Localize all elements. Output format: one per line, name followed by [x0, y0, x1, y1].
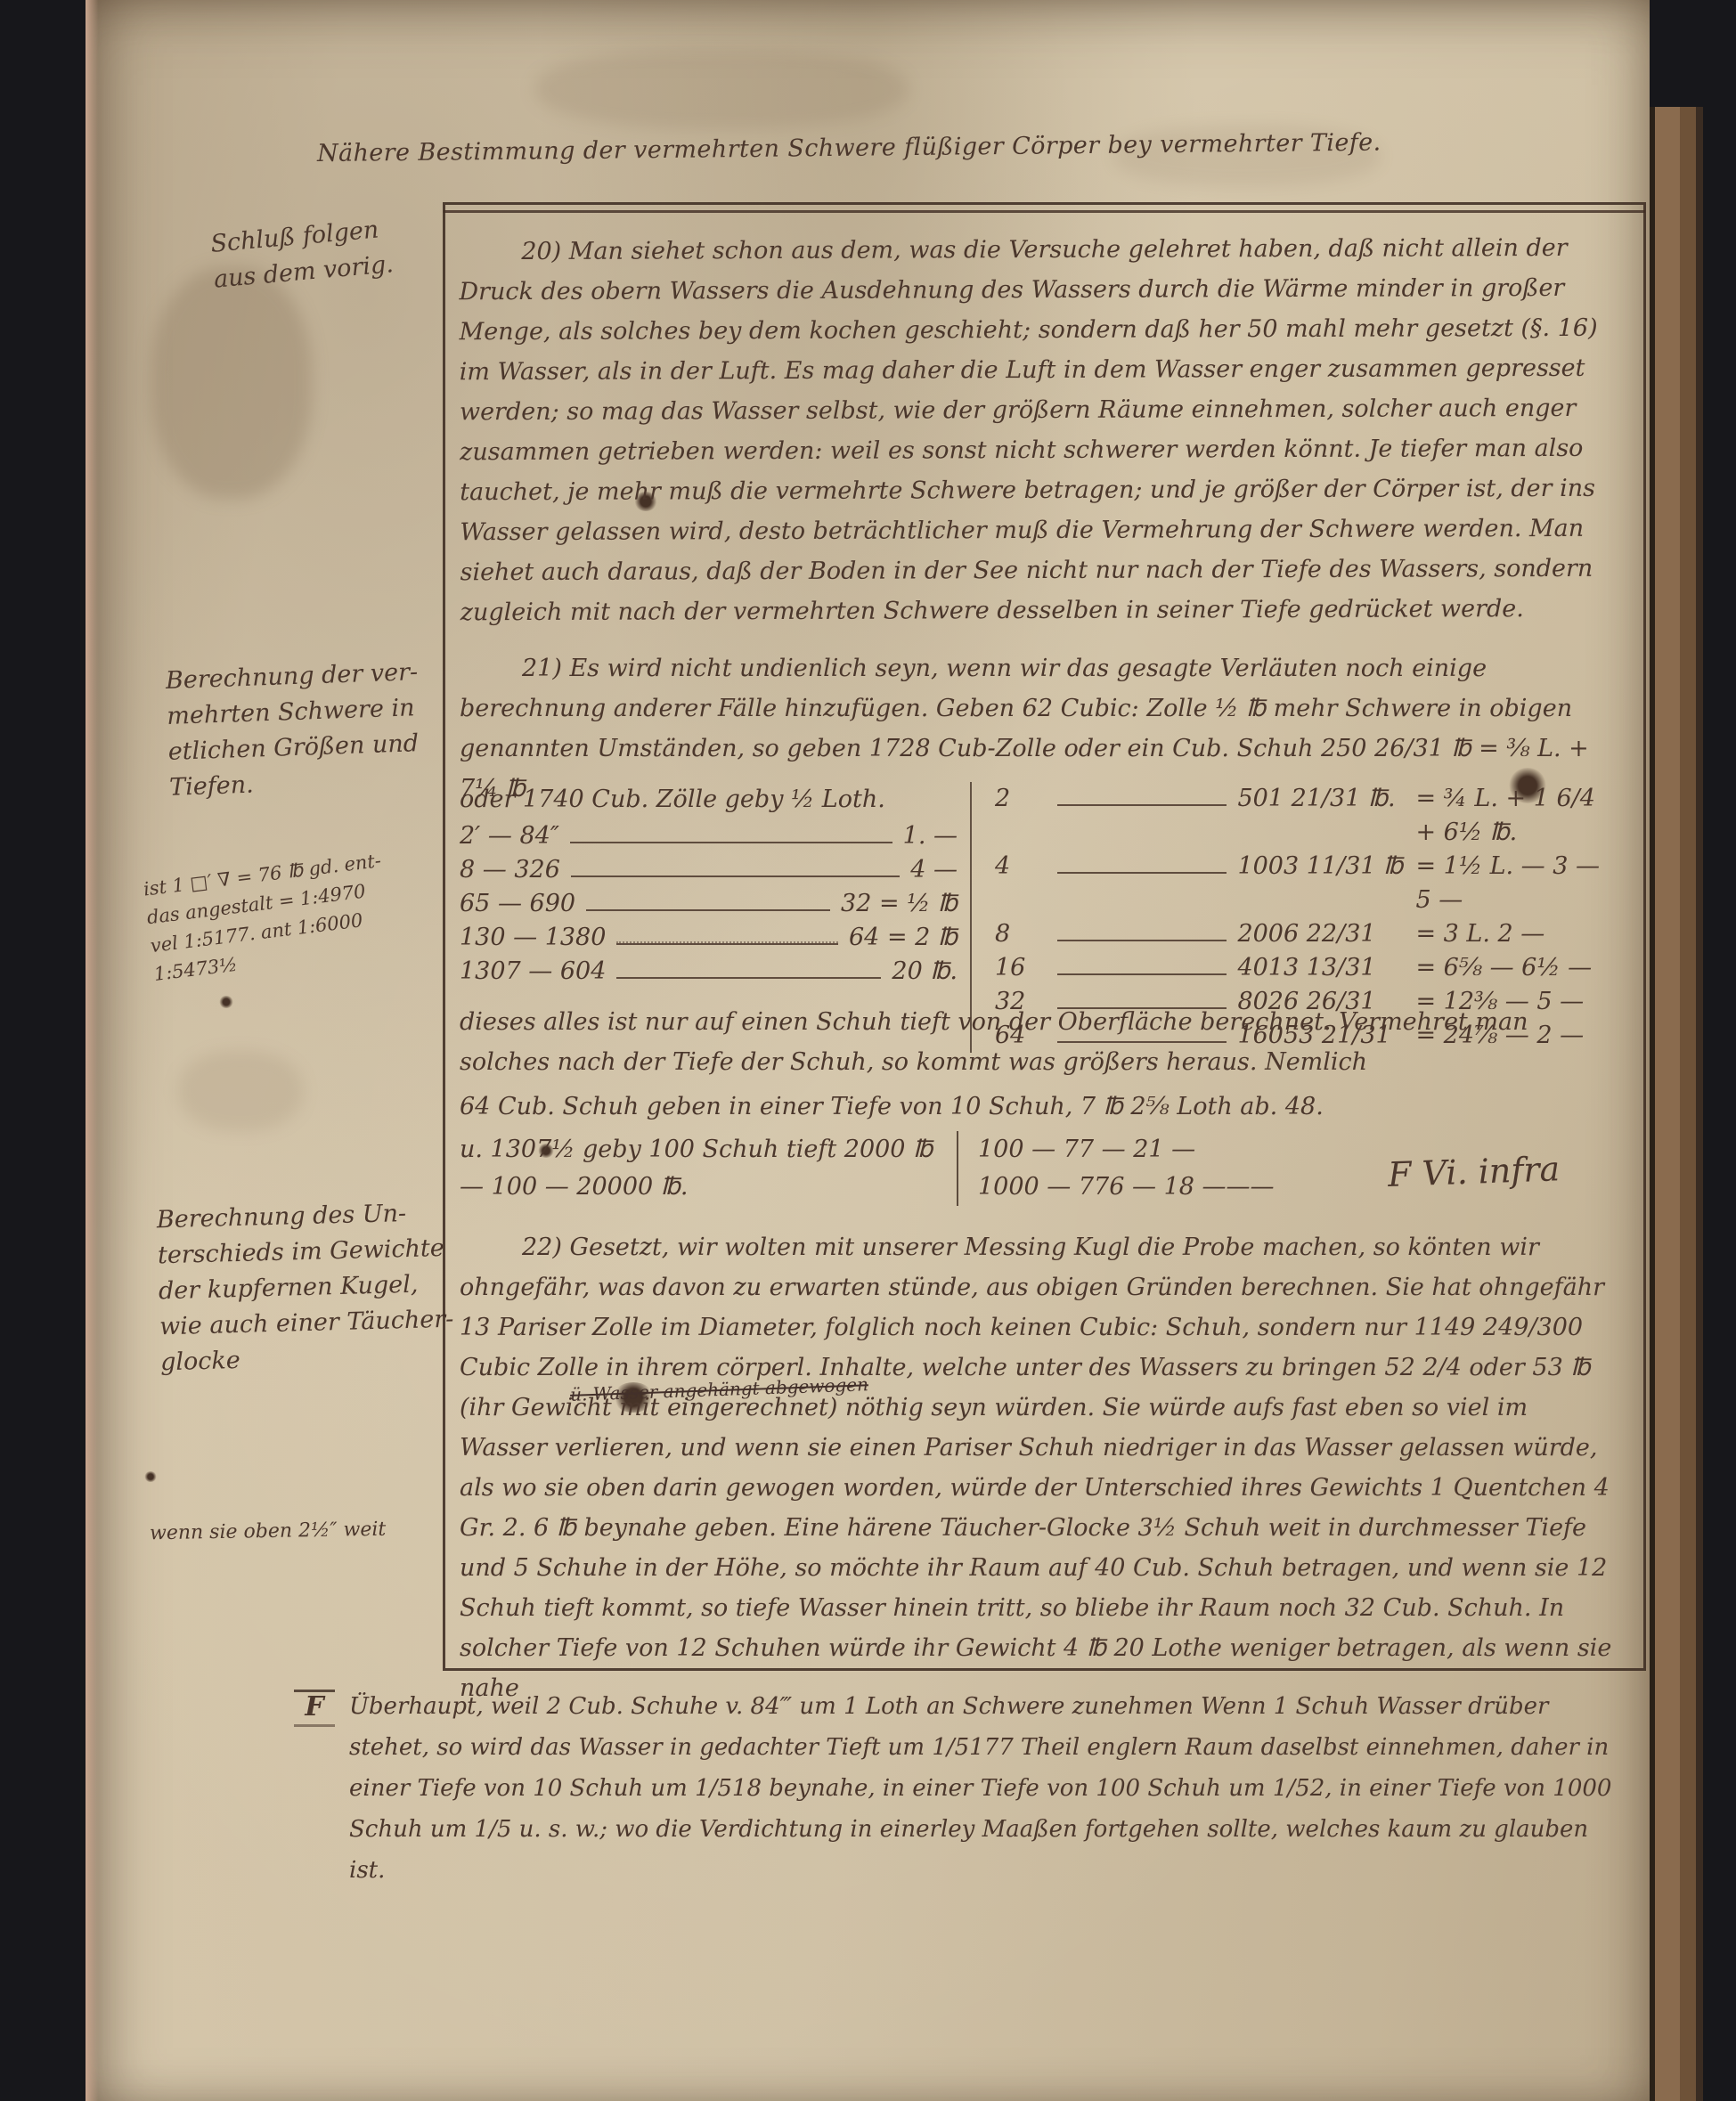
pfund-value: 501 21/31 ℔.: [1237, 782, 1415, 816]
vide-infra-reference: F Vi. infra: [1360, 1127, 1621, 1210]
pfund-value: 1003 11/31 ℔: [1237, 850, 1415, 884]
equivalent-value: = 6⅝ — 6½ —: [1415, 951, 1619, 985]
depth-row: 100 — 77 — 21 —: [978, 1131, 1361, 1169]
table-row: 2′ — 84″1. —: [460, 819, 958, 853]
zoll-value: 65 — 690: [460, 887, 575, 921]
leader-line: [1057, 973, 1227, 975]
depth-example-line: 64 Cub. Schuh geben in einer Tiefe von 1…: [460, 1087, 1619, 1127]
leader-line: [1057, 872, 1227, 874]
zoll-value: 8 — 326: [460, 853, 560, 887]
depth-row: 1000 — 776 — 18 ———: [978, 1169, 1361, 1206]
leader-line: [570, 842, 892, 843]
paper-stain: [178, 1051, 303, 1131]
loth-value: 4 —: [910, 853, 958, 887]
footnote-mark: F: [294, 1690, 335, 1727]
margin-note-line: wenn sie oben 2½″ weit: [150, 1512, 387, 1552]
pfund-value: 2006 22/31: [1237, 917, 1415, 951]
depth-right-column: 100 — 77 — 21 — 1000 — 776 — 18 ———: [958, 1131, 1361, 1206]
pfund-value: 4013 13/31: [1237, 951, 1415, 985]
margin-note-copper-ball: Berechnung des Un- terschieds im Gewicht…: [156, 1195, 454, 1381]
schuh-count: 16: [995, 951, 1047, 985]
table-row: 65 — 69032 = ½ ℔: [460, 887, 958, 921]
loth-value: 1. —: [903, 819, 958, 853]
equivalent-value: = 1½ L. — 3 — 5 —: [1415, 850, 1619, 917]
table-row: 8 — 3264 —: [460, 853, 958, 887]
table-row: 1307 — 60420 ℔.: [460, 955, 958, 989]
manuscript-frame: 20) Man siehet schon aus dem, was die Ve…: [443, 202, 1646, 1671]
schuh-count: 2: [995, 782, 1047, 816]
book-fore-edge-corner: [1650, 0, 1736, 107]
leader-line: [616, 977, 881, 979]
table-row: 130 — 138064 = 2 ℔: [460, 921, 958, 955]
zoll-value: 1307 — 604: [460, 955, 606, 989]
leader-line: [586, 909, 830, 911]
equivalent-value: = 3 L. 2 —: [1415, 917, 1619, 951]
zoll-value: 130 — 1380: [460, 921, 606, 955]
depth-table: u. 1307½ geby 100 Schuh tieft 2000 ℔ — 1…: [460, 1131, 1619, 1206]
schuh-count: 4: [995, 850, 1047, 884]
footnote-text: Überhaupt, weil 2 Cub. Schuhe v. 84‴ um …: [335, 1686, 1630, 1891]
book-fore-edge: [1650, 0, 1736, 2101]
paragraph-22: 22) Gesetzt, wir wolten mit unserer Mess…: [460, 1227, 1619, 1708]
depth-line: — 100 — 20000 ℔.: [460, 1169, 946, 1206]
margin-note-width: wenn sie oben 2½″ weit: [150, 1512, 387, 1552]
footnote: F Überhaupt, weil 2 Cub. Schuhe v. 84‴ u…: [294, 1686, 1630, 1891]
ink-blot: [144, 1471, 157, 1482]
leader-line: [1057, 940, 1227, 941]
paper-stain: [534, 49, 909, 129]
table-row: 41003 11/31 ℔= 1½ L. — 3 — 5 —: [995, 850, 1619, 917]
equivalent-value: = ¾ L. + 1 6/4 + 6½ ℔.: [1415, 782, 1619, 850]
margin-note-calculation-weights: Berechnung der ver- mehrten Schwere in e…: [165, 655, 422, 806]
schuh-count: 8: [995, 917, 1047, 951]
paragraph-20: 20) Man siehet schon aus dem, was die Ve…: [459, 228, 1620, 633]
leader-line: [1057, 804, 1227, 806]
page-gutter-edge: [86, 0, 100, 2101]
zoll-value: 2′ — 84″: [460, 819, 559, 853]
loth-value: 32 = ½ ℔: [841, 887, 958, 921]
ink-blot: [219, 996, 233, 1008]
loth-value: 64 = 2 ℔: [849, 921, 958, 955]
table-row: 2501 21/31 ℔.= ¾ L. + 1 6/4 + 6½ ℔.: [995, 782, 1619, 850]
verso-show-through: [151, 267, 312, 499]
paragraph-depth-remark: dieses alles ist nur auf einen Schuh tie…: [460, 1002, 1619, 1082]
table-header: oder 1740 Cub. Zölle geby ½ Loth.: [460, 782, 958, 818]
depth-line: u. 1307½ geby 100 Schuh tieft 2000 ℔: [460, 1131, 946, 1169]
manuscript-scan: Nähere Bestimmung der vermehrten Schwere…: [0, 0, 1736, 2101]
table-row: 82006 22/31= 3 L. 2 —: [995, 917, 1619, 951]
leader-line: [571, 875, 900, 877]
table-row: 164013 13/31= 6⅝ — 6½ —: [995, 951, 1619, 985]
loth-value: 20 ℔.: [892, 955, 958, 989]
frame-double-rule: [444, 210, 1645, 213]
leader-line: [616, 941, 838, 945]
depth-left-column: u. 1307½ geby 100 Schuh tieft 2000 ℔ — 1…: [460, 1131, 958, 1206]
